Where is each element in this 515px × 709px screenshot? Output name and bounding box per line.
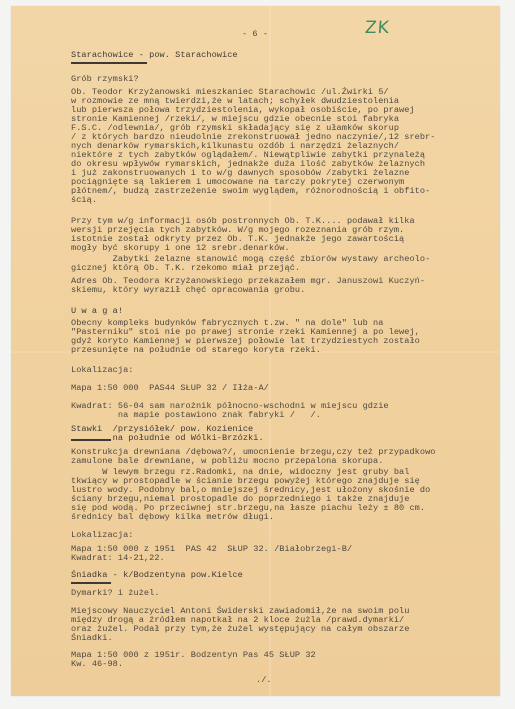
square-reference: Kwadrat: 14-21,22. [71,554,165,563]
section-heading-sniadka: Śniadka - k/Bodzentyna pow.Kielce [71,571,243,580]
heading-underline [71,62,147,64]
handwritten-annotation: ZK [364,18,390,38]
text-line: płótnem/, budzą zastrzeżenie swoim wyglą… [71,187,430,196]
text-line: skiemu, który wyraził chęć opracowania g… [71,286,305,295]
heading-underline [71,439,111,441]
text-line: gicznej którą Ob. T.K. rzekomo miał prze… [71,264,300,273]
text-line: ścią. [71,196,97,205]
note-title: U w a g a! [71,307,123,316]
end-mark: ./. [256,676,272,685]
text-line: przesunięte na południe od starego koryt… [71,346,321,355]
localization-label: Lokalizacja: [71,366,134,375]
square-reference-cont: na mapie postawiono znak fabryki / /. [71,411,321,420]
text-line: Śniadki. [71,634,113,643]
text-line: średnicy bal dębowy kilka metrów długi. [71,513,274,522]
section-heading-starachowice: Starachowice - pow. Starachowice [71,51,238,60]
text-line: zamulone bale drewniane, w pobliżu mocno… [71,457,383,466]
text-line: mogły być skorupy i one 12 srebr.denarkó… [71,244,290,253]
page-number: - 6 - [242,30,268,39]
heading-underline [71,582,111,584]
text-line: oraz żużel. Podał przy tym,że żużel wyst… [71,625,409,634]
square-reference: Kw. 46-98. [71,660,123,669]
localization-label: Lokalizacja: [71,531,134,540]
map-reference: Mapa 1:50 000 PAS44 SŁUP 32 / Iłża-A/ [71,384,269,393]
section-subtitle: Dymarki? i żużel. [71,589,160,598]
section-subtitle: Grób rzymski? [71,75,139,84]
